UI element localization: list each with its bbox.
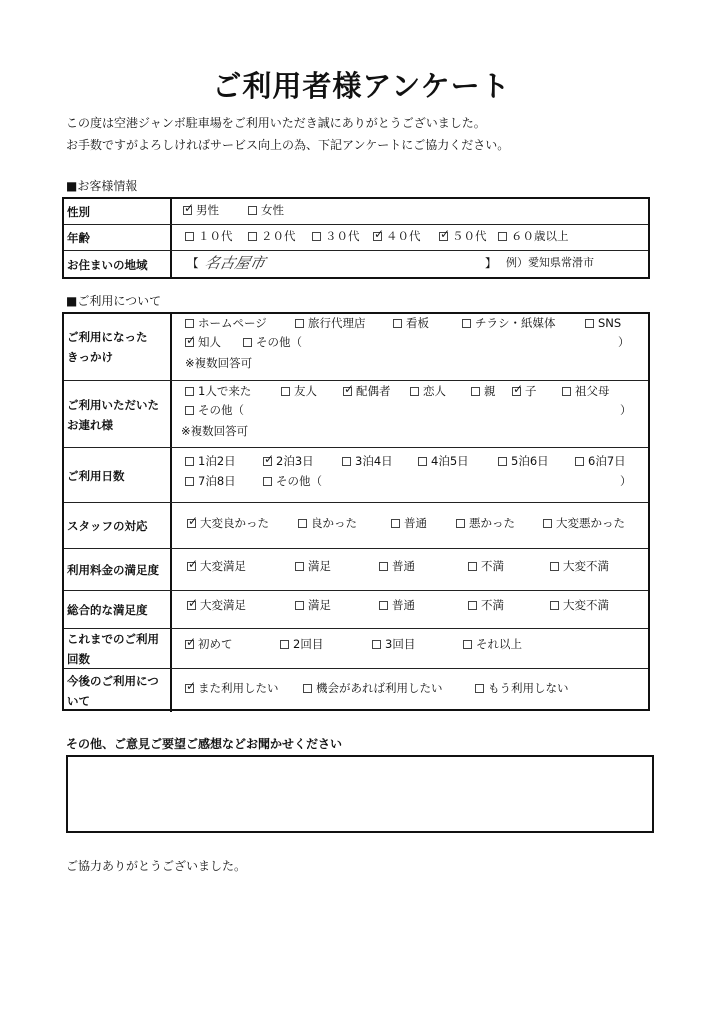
option-label: 不満: [481, 559, 504, 573]
address-input[interactable]: 名古屋市: [203, 252, 267, 273]
checkbox-icon[interactable]: [379, 562, 388, 571]
option-label: 看板: [406, 316, 429, 330]
option-label: ４０代: [386, 229, 421, 243]
age-option-10s[interactable]: １０代: [185, 229, 233, 243]
checkbox-icon[interactable]: [391, 519, 400, 528]
option-label: 3回目: [385, 637, 415, 651]
option-label: 5泊6日: [511, 454, 549, 468]
address-open-bracket: 【: [187, 256, 199, 270]
page-title: ご利用者様アンケート: [0, 64, 723, 105]
companions-label: ご利用いただいたお連れ様: [64, 381, 172, 448]
option-label: ３０代: [325, 229, 360, 243]
label-line: ご利用いただいた: [67, 395, 170, 415]
checkbox-icon[interactable]: [185, 640, 194, 649]
staff-option-good[interactable]: 良かった: [298, 516, 357, 530]
checkbox-icon[interactable]: [463, 640, 472, 649]
count-option-first[interactable]: 初めて: [185, 637, 233, 651]
checkbox-icon[interactable]: [281, 387, 290, 396]
fee-label: 利用料金の満足度: [64, 549, 172, 591]
checkbox-icon[interactable]: [185, 477, 194, 486]
gender-option-male[interactable]: 男性: [183, 203, 219, 217]
option-label: 大変満足: [200, 598, 246, 612]
future-option-never[interactable]: もう利用しない: [475, 681, 569, 695]
overall-option-very-satisfied[interactable]: 大変満足: [187, 598, 246, 612]
fee-option-very-satisfied[interactable]: 大変満足: [187, 559, 246, 573]
future-label: 今後のご利用について: [64, 669, 172, 712]
checkbox-icon[interactable]: [543, 519, 552, 528]
option-label: 大変良かった: [200, 516, 269, 530]
trigger-option-acquaintance[interactable]: 知人: [185, 335, 221, 349]
option-label: 祖父母: [575, 384, 610, 398]
checkbox-icon[interactable]: [372, 640, 381, 649]
companion-option-spouse[interactable]: 配偶者: [343, 384, 391, 398]
option-label: 友人: [294, 384, 317, 398]
age-option-50s[interactable]: ５０代: [439, 229, 487, 243]
gender-label: 性別: [64, 199, 172, 224]
option-label: また利用したい: [198, 681, 279, 695]
label-line: 今後のご利用につ: [67, 671, 170, 691]
fee-option-satisfied[interactable]: 満足: [295, 559, 331, 573]
option-label: 大変満足: [200, 559, 246, 573]
checkbox-icon[interactable]: [187, 601, 196, 610]
fee-option-average[interactable]: 普通: [379, 559, 415, 573]
option-label: 7泊8日: [198, 474, 236, 488]
gender-option-female[interactable]: 女性: [248, 203, 284, 217]
option-label: 女性: [261, 203, 284, 217]
checkbox-icon[interactable]: [185, 457, 194, 466]
address-close-bracket: 】: [485, 256, 497, 270]
checkbox-icon[interactable]: [185, 338, 194, 347]
option-label: １０代: [198, 229, 233, 243]
staff-option-bad[interactable]: 悪かった: [456, 516, 515, 530]
checkbox-icon[interactable]: [462, 319, 471, 328]
days-option-1n2d[interactable]: 1泊2日: [185, 454, 236, 468]
option-label: もう利用しない: [488, 681, 569, 695]
companion-option-child[interactable]: 子: [512, 384, 537, 398]
checkbox-icon[interactable]: [185, 684, 194, 693]
option-label: 不満: [481, 598, 504, 612]
label-line: ご利用になった: [67, 327, 170, 347]
future-option-if-opportunity[interactable]: 機会があれば利用したい: [303, 681, 443, 695]
companion-multi-answer-note: ※複数回答可: [181, 423, 248, 439]
checkbox-icon[interactable]: [187, 519, 196, 528]
checkbox-icon[interactable]: [393, 319, 402, 328]
option-label: 悪かった: [469, 516, 515, 530]
checkbox-icon[interactable]: [298, 519, 307, 528]
trigger-option-homepage[interactable]: ホームページ: [185, 316, 267, 330]
option-label: 知人: [198, 335, 221, 349]
option-label: それ以上: [476, 637, 522, 651]
days-option-other[interactable]: その他（: [263, 474, 322, 488]
checkbox-icon[interactable]: [343, 387, 352, 396]
option-label: 2回目: [293, 637, 323, 651]
option-label: 親: [484, 384, 496, 398]
label-line: お連れ様: [67, 415, 170, 435]
days-option-7n8d[interactable]: 7泊8日: [185, 474, 236, 488]
thanks-text: ご協力ありがとうございました。: [66, 857, 246, 874]
option-label: 3泊4日: [355, 454, 393, 468]
trigger-multi-answer-note: ※複数回答可: [185, 355, 252, 371]
companion-option-other[interactable]: その他（: [185, 403, 244, 417]
age-option-60plus[interactable]: ６０歳以上: [498, 229, 569, 243]
option-label: 1泊2日: [198, 454, 236, 468]
checkbox-icon[interactable]: [295, 319, 304, 328]
label-line: きっかけ: [67, 347, 170, 367]
gender-row: 性別: [64, 199, 648, 224]
checkbox-icon[interactable]: [295, 601, 304, 610]
checkbox-icon[interactable]: [498, 232, 507, 241]
checkbox-icon[interactable]: [185, 232, 194, 241]
checkbox-icon[interactable]: [456, 519, 465, 528]
option-label: その他（: [276, 474, 322, 488]
checkbox-icon[interactable]: [183, 206, 192, 215]
staff-option-average[interactable]: 普通: [391, 516, 427, 530]
count-option-more[interactable]: それ以上: [463, 637, 522, 651]
staff-label: スタッフの対応: [64, 503, 172, 549]
option-label: 普通: [404, 516, 427, 530]
count-option-third[interactable]: 3回目: [372, 637, 415, 651]
companion-other-close-paren: ）: [620, 403, 632, 417]
age-option-40s[interactable]: ４０代: [373, 229, 421, 243]
option-label: その他（: [198, 403, 244, 417]
checkbox-icon[interactable]: [263, 477, 272, 486]
option-label: ６０歳以上: [511, 229, 569, 243]
checkbox-icon[interactable]: [280, 640, 289, 649]
trigger-other-close-paren: ）: [618, 335, 630, 349]
days-option-5n6d[interactable]: 5泊6日: [498, 454, 549, 468]
overall-option-average[interactable]: 普通: [379, 598, 415, 612]
checkbox-icon[interactable]: [248, 206, 257, 215]
fee-option-dissatisfied[interactable]: 不満: [468, 559, 504, 573]
option-label: 大変悪かった: [556, 516, 625, 530]
days-option-2n3d[interactable]: 2泊3日: [263, 454, 314, 468]
option-label: チラシ・紙媒体: [475, 316, 556, 330]
option-label: 2泊3日: [276, 454, 314, 468]
checkbox-icon[interactable]: [263, 457, 272, 466]
comments-heading: その他、ご意見ご要望ご感想などお聞かせください: [66, 735, 342, 752]
option-label: 男性: [196, 203, 219, 217]
option-label: SNS: [598, 316, 621, 330]
option-label: 4泊5日: [431, 454, 469, 468]
age-label: 年齢: [64, 225, 172, 251]
checkbox-icon[interactable]: [410, 387, 419, 396]
count-row: これまでのご利用回数: [64, 628, 648, 669]
trigger-option-signboard[interactable]: 看板: [393, 316, 429, 330]
label-line: いて: [67, 691, 170, 711]
trigger-option-sns[interactable]: SNS: [585, 316, 621, 330]
option-label: ５０代: [452, 229, 487, 243]
checkbox-icon[interactable]: [585, 319, 594, 328]
checkbox-icon[interactable]: [471, 387, 480, 396]
checkbox-icon[interactable]: [512, 387, 521, 396]
section-heading-usage: ■ご利用について: [66, 292, 161, 309]
section-heading-customer-info: ■お客様情報: [66, 177, 137, 194]
count-option-second[interactable]: 2回目: [280, 637, 323, 651]
address-example: 例）愛知県常滑市: [506, 256, 594, 270]
checkbox-icon[interactable]: [418, 457, 427, 466]
trigger-option-flyer[interactable]: チラシ・紙媒体: [462, 316, 556, 330]
intro-line-1: この度は空港ジャンボ駐車場をご利用いただき誠にありがとうございました。: [66, 114, 486, 131]
intro-line-2: お手数ですがよろしければサービス向上の為、下記アンケートにご協力ください。: [66, 136, 509, 153]
checkbox-icon[interactable]: [379, 601, 388, 610]
checkbox-icon[interactable]: [187, 562, 196, 571]
option-label: 普通: [392, 598, 415, 612]
checkbox-icon[interactable]: [575, 457, 584, 466]
checkbox-icon[interactable]: [295, 562, 304, 571]
companion-option-parent[interactable]: 親: [471, 384, 496, 398]
checkbox-icon[interactable]: [373, 232, 382, 241]
checkbox-icon[interactable]: [312, 232, 321, 241]
trigger-label: ご利用になったきっかけ: [64, 314, 172, 380]
option-label: 機会があれば利用したい: [316, 681, 443, 695]
label-line: これまでのご利用: [67, 629, 170, 649]
checkbox-icon[interactable]: [185, 319, 194, 328]
option-label: 満足: [308, 559, 331, 573]
checkbox-icon[interactable]: [468, 562, 477, 571]
days-option-4n5d[interactable]: 4泊5日: [418, 454, 469, 468]
option-label: 大変不満: [563, 598, 609, 612]
option-label: ２０代: [261, 229, 296, 243]
option-label: その他（: [256, 335, 302, 349]
days-option-3n4d[interactable]: 3泊4日: [342, 454, 393, 468]
option-label: 配偶者: [356, 384, 391, 398]
trigger-option-travel-agency[interactable]: 旅行代理店: [295, 316, 366, 330]
checkbox-icon[interactable]: [303, 684, 312, 693]
option-label: 満足: [308, 598, 331, 612]
staff-option-very-bad[interactable]: 大変悪かった: [543, 516, 625, 530]
label-line: 回数: [67, 649, 170, 669]
trigger-option-other[interactable]: その他（: [243, 335, 302, 349]
option-label: 良かった: [311, 516, 357, 530]
checkbox-icon[interactable]: [498, 457, 507, 466]
option-label: 普通: [392, 559, 415, 573]
checkbox-icon[interactable]: [468, 601, 477, 610]
comments-textarea[interactable]: [66, 755, 654, 833]
option-label: 子: [525, 384, 537, 398]
checkbox-icon[interactable]: [248, 232, 257, 241]
option-label: 大変不満: [563, 559, 609, 573]
staff-option-very-good[interactable]: 大変良かった: [187, 516, 269, 530]
checkbox-icon[interactable]: [185, 387, 194, 396]
option-label: 初めて: [198, 637, 233, 651]
companion-option-friend[interactable]: 友人: [281, 384, 317, 398]
checkbox-icon[interactable]: [243, 338, 252, 347]
companion-option-grandparent[interactable]: 祖父母: [562, 384, 610, 398]
companion-option-partner[interactable]: 恋人: [410, 384, 446, 398]
option-label: 旅行代理店: [308, 316, 366, 330]
age-option-30s[interactable]: ３０代: [312, 229, 360, 243]
companion-option-alone[interactable]: 1人で来た: [185, 384, 251, 398]
overall-option-satisfied[interactable]: 満足: [295, 598, 331, 612]
count-label: これまでのご利用回数: [64, 629, 172, 669]
checkbox-icon[interactable]: [342, 457, 351, 466]
checkbox-icon[interactable]: [550, 562, 559, 571]
checkbox-icon[interactable]: [439, 232, 448, 241]
overall-option-very-dissatisfied[interactable]: 大変不満: [550, 598, 609, 612]
usage-table: ご利用になったきっかけ ご利用いただいたお連れ様 ご利用日数 スタッフの対応 利…: [62, 312, 650, 711]
overall-option-dissatisfied[interactable]: 不満: [468, 598, 504, 612]
checkbox-icon[interactable]: [475, 684, 484, 693]
option-label: 6泊7日: [588, 454, 626, 468]
checkbox-icon[interactable]: [562, 387, 571, 396]
fee-option-very-dissatisfied[interactable]: 大変不満: [550, 559, 609, 573]
overall-label: 総合的な満足度: [64, 591, 172, 629]
option-label: 恋人: [423, 384, 446, 398]
days-option-6n7d[interactable]: 6泊7日: [575, 454, 626, 468]
option-label: ホームページ: [198, 316, 267, 330]
days-other-close-paren: ）: [620, 474, 632, 488]
checkbox-icon[interactable]: [550, 601, 559, 610]
checkbox-icon[interactable]: [185, 406, 194, 415]
option-label: 1人で来た: [198, 384, 251, 398]
address-label: お住まいの地域: [64, 251, 172, 278]
future-option-use-again[interactable]: また利用したい: [185, 681, 279, 695]
days-label: ご利用日数: [64, 448, 172, 503]
age-option-20s[interactable]: ２０代: [248, 229, 296, 243]
